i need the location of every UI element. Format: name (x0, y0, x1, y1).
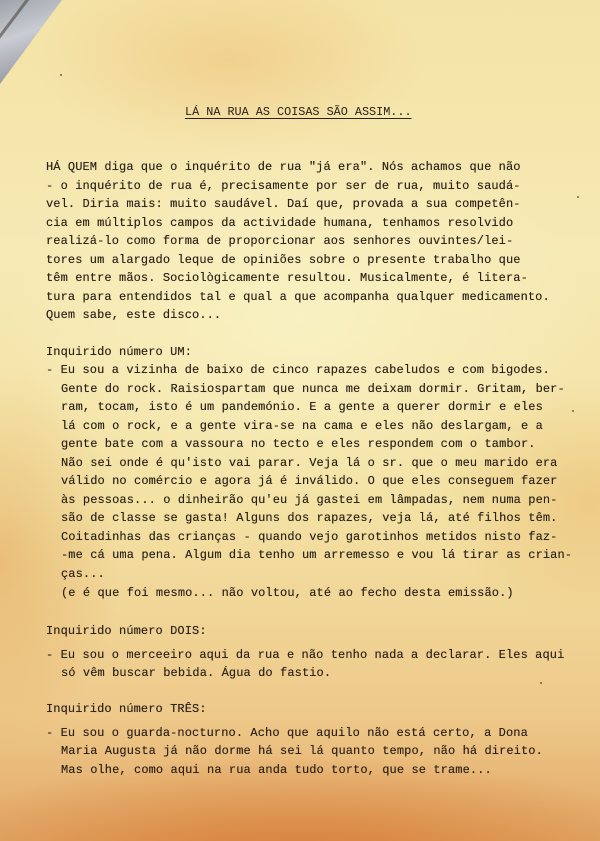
paper-speck (60, 74, 62, 76)
interview-line: são de classe se gasta! Alguns dos rapaz… (61, 511, 557, 525)
intro-line: realizá-lo como forma de proporcionar ao… (46, 234, 513, 248)
interview-line: Coitadinhas das crianças - quando vejo g… (61, 530, 557, 544)
intro-line: tura para entendidos tal e qual a que ac… (46, 290, 550, 304)
intro-line: HÁ QUEM diga que o inquérito de rua "já … (46, 160, 521, 174)
interview-line: ram, tocam, isto é um pandemónio. E a ge… (61, 400, 543, 414)
paper-speck (572, 410, 574, 412)
intro-line: - o inquérito de rua é, precisamente por… (46, 179, 521, 193)
interview-line: Não sei onde é qu'isto vai parar. Veja l… (61, 456, 557, 470)
interview-line: válido no comércio e agora já é inválido… (61, 474, 557, 488)
interview-line: Mas olhe, como aqui na rua anda tudo tor… (61, 763, 492, 777)
interview-heading-um: Inquirido número UM: (46, 345, 192, 359)
interview-heading-tres: Inquirido número TRÊS: (46, 702, 207, 716)
intro-line: Quem sabe, este disco... (46, 308, 221, 322)
paper-speck (540, 682, 542, 684)
interview-line: Maria Augusta já não dorme há sei lá qua… (61, 744, 543, 758)
interview-line: -me cá uma pena. Algum dia tenho um arre… (61, 548, 572, 562)
interview-line: só vêm buscar bebida. Água do fastio. (61, 666, 331, 680)
interview-line: Gente do rock. Raisiospartam que nunca m… (61, 382, 565, 396)
intro-line: vel. Diria mais: muito saudável. Daí que… (46, 197, 521, 211)
interview-note: (e é que foi mesmo... não voltou, até ao… (61, 586, 514, 600)
interview-line: lá com o rock, e a gente vira-se na cama… (61, 419, 543, 433)
interview-line: - Eu sou o guarda-nocturno. Acho que aqu… (46, 726, 528, 740)
intro-line: tores um alargado leque de opiniões sobr… (46, 253, 521, 267)
interview-line: ças... (61, 567, 105, 581)
interview-line: - Eu sou a vizinha de baixo de cinco rap… (46, 363, 550, 377)
interview-line: - Eu sou o merceeiro aqui da rua e não t… (46, 648, 564, 662)
interview-line: gente bate com a vassoura no tecto e ele… (61, 437, 536, 451)
intro-line: cia em múltiplos campos da actividade hu… (46, 216, 513, 230)
interview-line: às pessoas... o dinheirão qu'eu já gaste… (61, 493, 557, 507)
intro-line: têm entre mãos. Sociològicamente resulto… (46, 271, 528, 285)
interview-heading-dois: Inquirido número DOIS: (46, 624, 207, 638)
document-title: LÁ NA RUA AS COISAS SÃO ASSIM... (185, 105, 412, 119)
paper-speck (577, 196, 579, 198)
